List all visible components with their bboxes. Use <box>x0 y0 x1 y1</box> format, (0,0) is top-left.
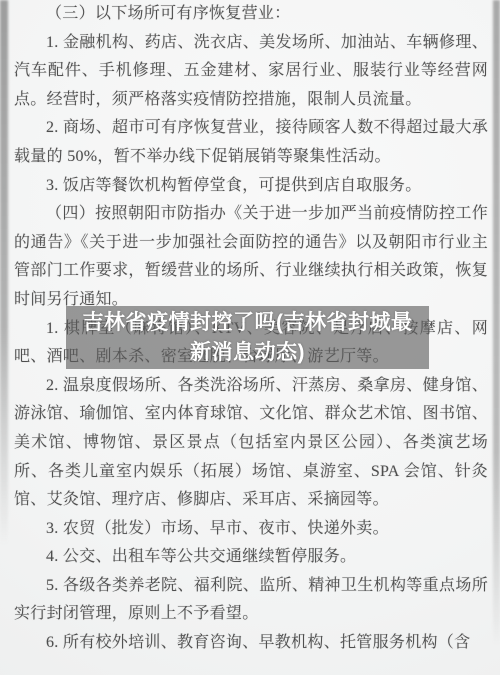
watermark-text-line-2: 新消息动态) <box>190 338 305 368</box>
item-6-training-institutions: 6. 所有校外培训、教育咨询、早教机构、托管服务机构（含 <box>14 629 488 658</box>
item-3-restaurants: 3. 饭店等餐饮机构暂停堂食，可提供到店自取服务。 <box>14 172 488 201</box>
item-4-public-transport: 4. 公交、出租车等公共交通继续暂停服务。 <box>14 543 488 572</box>
section-heading-4: （四）按照朝阳市防指办《关于进一步加严当前疫情防控工作的通告》《关于进一步加强社… <box>14 200 488 314</box>
left-page-edge-shadow <box>0 0 8 545</box>
item-1-business-outlets: 1. 金融机构、药店、洗衣店、美发场所、加油站、车辆修理、汽车配件、手机修理、五… <box>14 29 488 115</box>
item-3-markets: 3. 农贸（批发）市场、早市、夜市、快递外卖。 <box>14 515 488 544</box>
item-5-closed-institutions: 5. 各级各类养老院、福利院、监所、精神卫生机构等重点场所实行封闭管理，原则上不… <box>14 572 488 629</box>
item-2-malls-supermarkets: 2. 商场、超市可有序恢复营业，接待顾客人数不得超过最大承载量的 50%，暂不举… <box>14 114 488 171</box>
watermark-text-line-1: 吉林省疫情封控了吗(吉林省封城最 <box>83 308 413 338</box>
right-page-edge-shadow <box>493 0 500 645</box>
watermark-title-banner: 吉林省疫情封控了吗(吉林省封城最 新消息动态) <box>66 306 429 369</box>
document-page: （三）以下场所可有序恢复营业： 1. 金融机构、药店、洗衣店、美发场所、加油站、… <box>0 0 500 675</box>
item-2-leisure-venues: 2. 温泉度假场所、各类洗浴场所、汗蒸房、桑拿房、健身馆、游泳馆、瑜伽馆、室内体… <box>14 372 488 515</box>
section-heading-3: （三）以下场所可有序恢复营业： <box>14 0 488 29</box>
